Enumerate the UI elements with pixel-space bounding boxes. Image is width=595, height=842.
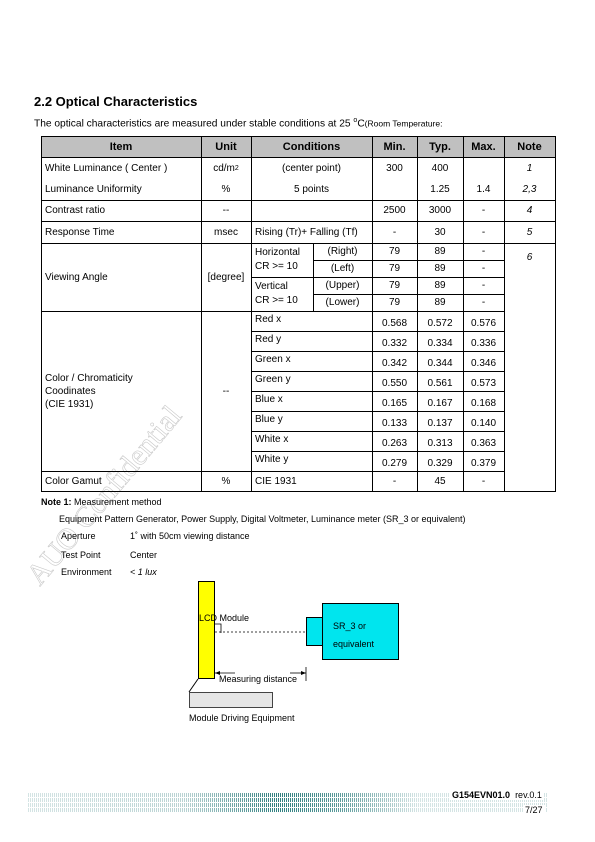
row-white_luminance-max — [463, 157, 504, 179]
row-uniformity-conditions: 5 points — [251, 179, 372, 200]
row-response-typ: 30 — [417, 221, 463, 243]
viewing-typ: 89 — [417, 294, 463, 311]
viewing-direction: (Upper) — [313, 277, 372, 294]
table-rule — [313, 260, 505, 261]
table-rule — [504, 136, 505, 492]
driving-equipment-label: Module Driving Equipment — [189, 713, 295, 723]
column-header-note: Note — [504, 136, 555, 157]
chroma-min: 0.279 — [372, 451, 417, 471]
row-contrast-conditions — [251, 200, 372, 221]
chroma-min: 0.263 — [372, 431, 417, 451]
viewing-group-label1: Vertical — [255, 280, 288, 294]
environment-label: Environment — [61, 567, 112, 577]
row-contrast-max: - — [463, 200, 504, 221]
viewing-max: - — [463, 294, 504, 311]
chroma-max: 0.363 — [463, 431, 504, 451]
chroma-typ: 0.137 — [417, 411, 463, 431]
chroma-typ: 0.167 — [417, 391, 463, 411]
row-uniformity-min — [372, 179, 417, 200]
viewing-typ: 89 — [417, 260, 463, 277]
row-contrast-typ: 3000 — [417, 200, 463, 221]
test-point-value: Center — [130, 550, 157, 560]
table-rule — [41, 157, 556, 158]
column-header-min: Min. — [372, 136, 417, 157]
chroma-min: 0.332 — [372, 331, 417, 351]
viewing-direction: (Lower) — [313, 294, 372, 311]
chroma-min: 0.165 — [372, 391, 417, 411]
chroma-typ: 0.329 — [417, 451, 463, 471]
row-gamut-unit: % — [201, 471, 251, 491]
doc-id: G154EVN01.0 rev.0.1 — [450, 790, 544, 800]
section-title: 2.2 Optical Characteristics — [34, 94, 197, 109]
intro-room-temp: (Room Temperature: — [365, 118, 443, 128]
row-gamut-typ: 45 — [417, 471, 463, 491]
chroma-typ: 0.313 — [417, 431, 463, 451]
row-uniformity-max: 1.4 — [463, 179, 504, 200]
row-white_luminance-note: 1 — [504, 157, 555, 179]
table-rule — [251, 391, 505, 392]
table-rule — [313, 294, 505, 295]
meter-label-2: equivalent — [333, 639, 374, 649]
row-response-unit: msec — [201, 221, 251, 243]
row-uniformity-note: 2,3 — [504, 179, 555, 200]
viewing-typ: 89 — [417, 277, 463, 294]
table-rule — [41, 491, 556, 492]
chroma-condition: Red y — [251, 331, 372, 351]
chroma-min: 0.568 — [372, 311, 417, 331]
table-rule — [251, 371, 505, 372]
meter-lens-shape — [306, 617, 323, 646]
viewing-direction: (Left) — [313, 260, 372, 277]
row-response-item: Response Time — [41, 221, 201, 243]
note-1-text: Measurement method — [72, 497, 162, 507]
note-1-heading: Note 1: Measurement method — [41, 497, 162, 507]
table-rule — [463, 136, 464, 492]
row-white_luminance-typ: 400 — [417, 157, 463, 179]
chroma-min: 0.342 — [372, 351, 417, 371]
page-number: 7/27 — [523, 805, 545, 815]
viewing-group-label1: Horizontal — [255, 246, 300, 260]
column-header-max: Max. — [463, 136, 504, 157]
column-header-cond: Conditions — [251, 136, 372, 157]
luminance-meter-shape — [322, 603, 399, 660]
row-response-conditions: Rising (Tr)+ Falling (Tf) — [251, 221, 372, 243]
viewing-min: 79 — [372, 294, 417, 311]
row-gamut-conditions: CIE 1931 — [251, 471, 372, 491]
chroma-condition: Red x — [251, 311, 372, 331]
unit-text: cd/m — [213, 163, 235, 174]
table-rule — [41, 311, 505, 312]
row-white_luminance-min: 300 — [372, 157, 417, 179]
viewing-typ: 89 — [417, 243, 463, 260]
viewing-max: - — [463, 260, 504, 277]
row-contrast-note: 4 — [504, 200, 555, 221]
row-uniformity-unit: % — [201, 179, 251, 200]
intro-unit: C — [357, 118, 364, 129]
row-viewing-item: Viewing Angle — [41, 243, 201, 311]
row-viewing-note: 6 — [504, 243, 555, 271]
unit-superscript: 2 — [235, 165, 239, 172]
measuring-distance-label: Measuring distance — [219, 674, 297, 684]
viewing-min: 79 — [372, 277, 417, 294]
row-white_luminance-item: White Luminance ( Center ) — [41, 157, 201, 179]
column-header-item: Item — [41, 136, 201, 157]
aperture-value: 1˚ with 50cm viewing distance — [130, 531, 250, 541]
unit-text: msec — [214, 227, 238, 238]
chroma-max: 0.573 — [463, 371, 504, 391]
row-gamut-min: - — [372, 471, 417, 491]
table-rule — [555, 136, 556, 492]
row-response-note: 5 — [504, 221, 555, 243]
viewing-group-label: HorizontalCR >= 10 — [251, 243, 313, 277]
row-viewing-unit: [degree] — [201, 243, 251, 311]
test-point-label: Test Point — [61, 550, 101, 560]
chroma-typ: 0.344 — [417, 351, 463, 371]
row-uniformity-typ: 1.25 — [417, 179, 463, 200]
table-rule — [41, 471, 505, 472]
row-chromaticity-unit: -- — [201, 311, 251, 471]
environment-value: < 1 lux — [130, 567, 157, 577]
table-rule — [251, 411, 505, 412]
chroma-typ: 0.572 — [417, 311, 463, 331]
table-rule — [41, 136, 556, 137]
unit-text: -- — [223, 205, 230, 216]
table-rule — [201, 136, 202, 492]
table-rule — [417, 136, 418, 492]
chroma-max: 0.346 — [463, 351, 504, 371]
equipment-text: Equipment Pattern Generator, Power Suppl… — [59, 514, 466, 524]
table-rule — [251, 331, 505, 332]
chroma-condition: White x — [251, 431, 372, 451]
table-rule — [313, 243, 314, 312]
meter-label-1: SR_3 or — [333, 621, 366, 631]
viewing-group-label2: CR >= 10 — [255, 260, 298, 274]
chroma-min: 0.133 — [372, 411, 417, 431]
viewing-min: 79 — [372, 243, 417, 260]
table-rule — [251, 351, 505, 352]
table-rule — [41, 221, 556, 222]
row-gamut-max: - — [463, 471, 504, 491]
row-gamut-item: Color Gamut — [41, 471, 201, 491]
chroma-max: 0.140 — [463, 411, 504, 431]
chroma-typ: 0.561 — [417, 371, 463, 391]
table-rule — [251, 431, 505, 432]
chromaticity-item2: Coodinates — [45, 385, 96, 398]
column-header-typ: Typ. — [417, 136, 463, 157]
row-contrast-min: 2500 — [372, 200, 417, 221]
chroma-condition: Green x — [251, 351, 372, 371]
revision: rev.0.1 — [515, 790, 542, 800]
chromaticity-item1: Color / Chromaticity — [45, 372, 133, 385]
lcd-module-label: LCD Module — [199, 613, 249, 623]
chroma-condition: Green y — [251, 371, 372, 391]
chroma-max: 0.168 — [463, 391, 504, 411]
optical-spec-table: ItemUnitConditionsMin.Typ.Max.NoteWhite … — [41, 136, 555, 491]
table-rule — [372, 136, 373, 492]
chroma-condition: Blue x — [251, 391, 372, 411]
viewing-max: - — [463, 277, 504, 294]
table-rule — [251, 277, 505, 278]
row-chromaticity-item: Color / ChromaticityCoodinates(CIE 1931) — [41, 311, 201, 471]
row-white_luminance-unit: cd/m2 — [201, 157, 251, 179]
chroma-typ: 0.334 — [417, 331, 463, 351]
chromaticity-item3: (CIE 1931) — [45, 398, 93, 411]
chroma-max: 0.379 — [463, 451, 504, 471]
table-rule — [41, 243, 556, 244]
chroma-max: 0.336 — [463, 331, 504, 351]
intro-main: The optical characteristics are measured… — [34, 118, 351, 129]
chroma-condition: Blue y — [251, 411, 372, 431]
row-white_luminance-conditions: (center point) — [251, 157, 372, 179]
chroma-max: 0.576 — [463, 311, 504, 331]
row-response-min: - — [372, 221, 417, 243]
row-contrast-unit: -- — [201, 200, 251, 221]
model-number: G154EVN01.0 — [452, 790, 510, 800]
table-rule — [41, 136, 42, 492]
row-uniformity-item: Luminance Uniformity — [41, 179, 201, 200]
intro-text: The optical characteristics are measured… — [34, 117, 442, 129]
viewing-group-label2: CR >= 10 — [255, 294, 298, 308]
table-rule — [251, 451, 505, 452]
row-contrast-item: Contrast ratio — [41, 200, 201, 221]
note-1-label: Note 1: — [41, 497, 72, 507]
column-header-unit: Unit — [201, 136, 251, 157]
row-response-max: - — [463, 221, 504, 243]
table-rule — [251, 136, 252, 492]
viewing-min: 79 — [372, 260, 417, 277]
viewing-max: - — [463, 243, 504, 260]
viewing-group-label: VerticalCR >= 10 — [251, 277, 313, 311]
unit-text: % — [222, 184, 231, 195]
chroma-min: 0.550 — [372, 371, 417, 391]
table-rule — [41, 200, 556, 201]
aperture-label: Aperture — [61, 531, 96, 541]
viewing-direction: (Right) — [313, 243, 372, 260]
chroma-condition: White y — [251, 451, 372, 471]
